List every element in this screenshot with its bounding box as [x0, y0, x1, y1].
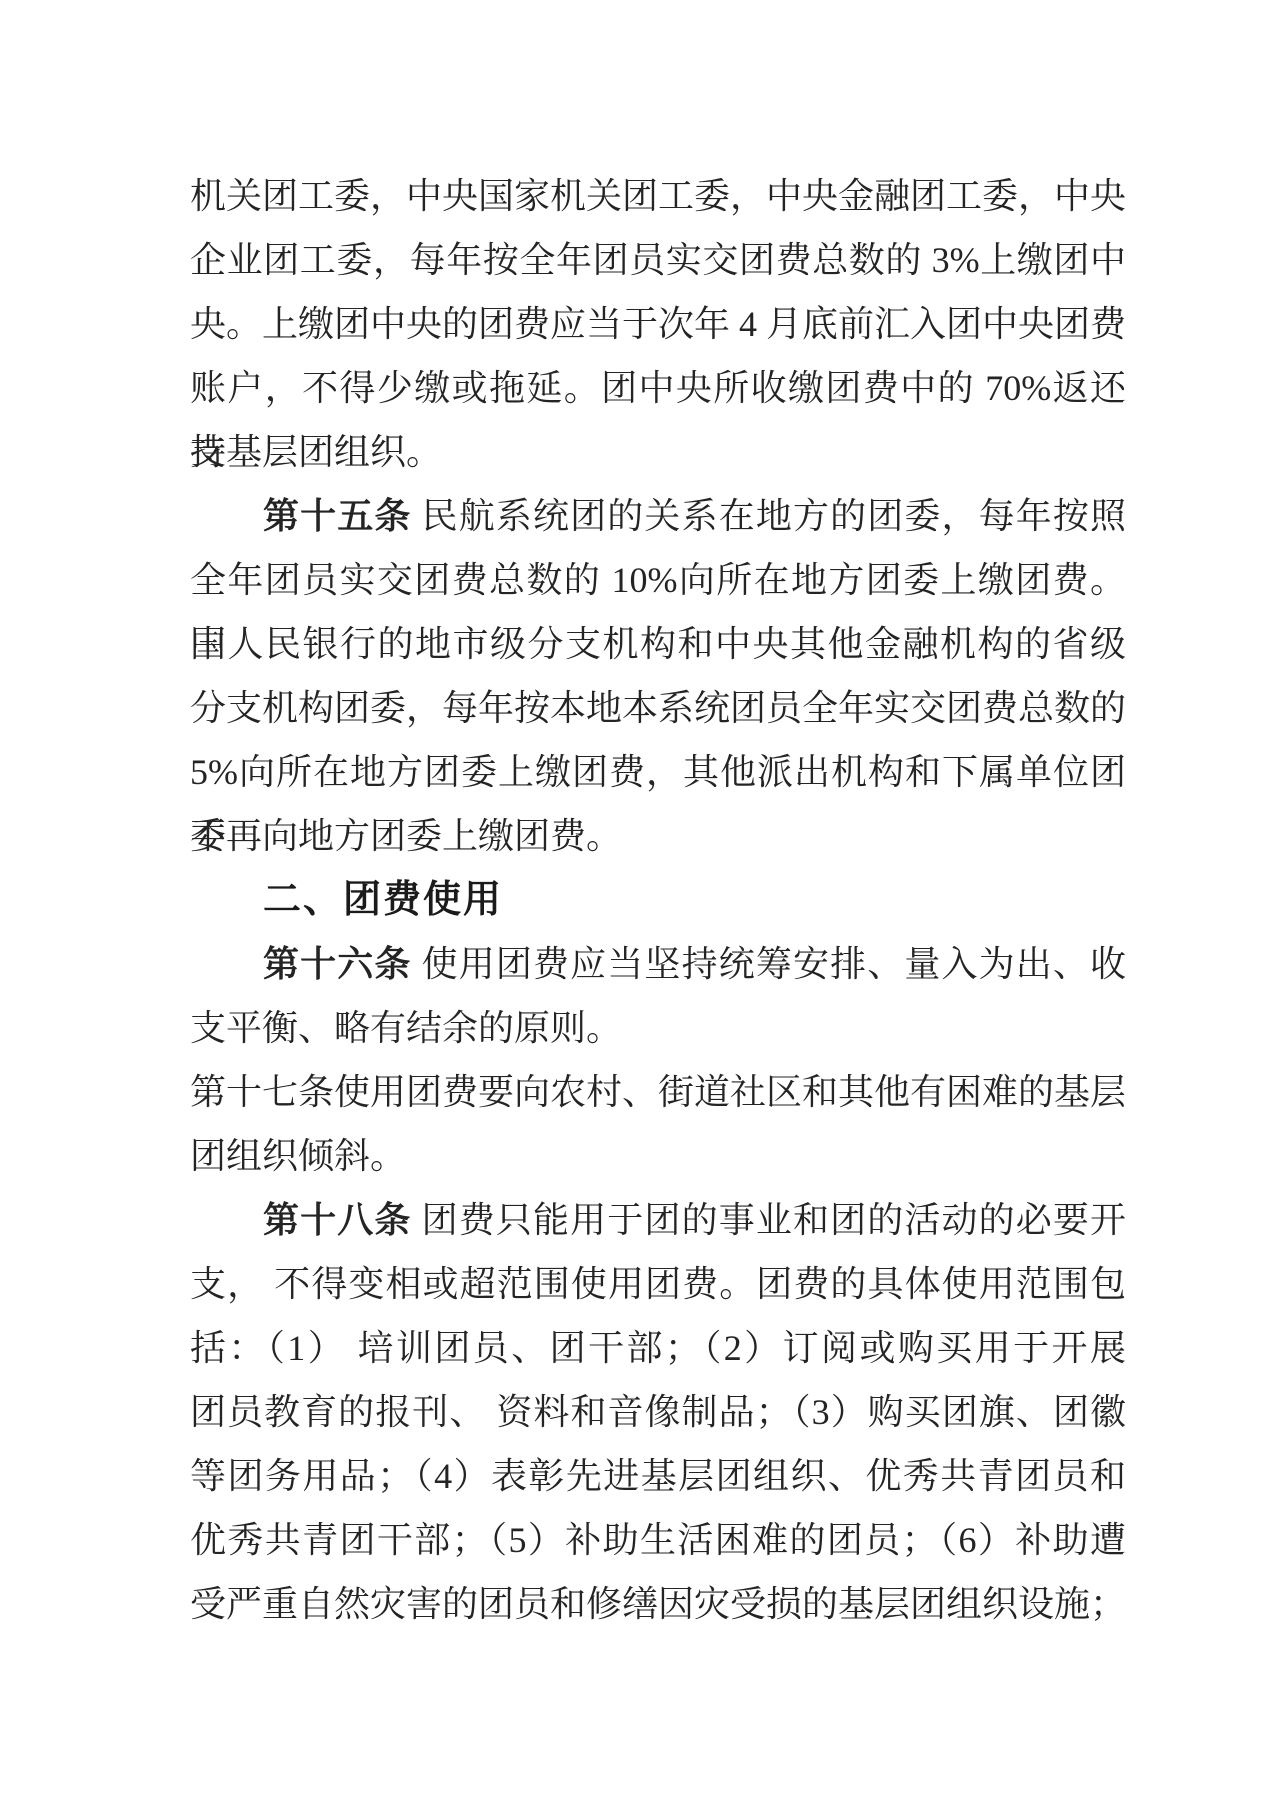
body-text: 括：（1） 培训团员、团干部；（2）订阅或购买用于开展	[190, 1328, 1126, 1368]
text-line: 央。上缴团中央的团费应当于次年 4 月底前汇入团中央团费	[190, 292, 1126, 356]
body-text: 央。上缴团中央的团费应当于次年 4 月底前汇入团中央团费	[190, 304, 1126, 344]
text-line: 支平衡、略有结余的原则。	[190, 996, 1126, 1060]
body-text: 国人民银行的地市级分支机构和中央其他金融机构的省级	[190, 624, 1126, 664]
text-line: 二、团费使用	[190, 868, 1126, 932]
text-line: 持基层团组织。	[190, 420, 1126, 484]
body-text: 团员教育的报刊、 资料和音像制品；（3）购买团旗、团徽	[190, 1392, 1126, 1432]
text-line: 第十五条 民航系统团的关系在地方的团委，每年按照	[190, 484, 1126, 548]
text-line: 第十八条 团费只能用于团的事业和团的活动的必要开	[190, 1188, 1126, 1252]
text-line: 账户，不得少缴或拖延。团中央所收缴团费中的 70%返还支	[190, 356, 1126, 420]
body-text: 民航系统团的关系在地方的团委，每年按照	[412, 496, 1126, 536]
body-text: 分支机构团委，每年按本地本系统团员全年实交团费总数的	[190, 688, 1126, 728]
article-number: 第十六条	[263, 944, 412, 984]
text-line: 第十六条 使用团费应当坚持统筹安排、量入为出、收	[190, 932, 1126, 996]
body-text: 持基层团组织。	[190, 432, 442, 472]
body-text: 不再向地方团委上缴团费。	[190, 816, 622, 856]
text-line: 国人民银行的地市级分支机构和中央其他金融机构的省级	[190, 612, 1126, 676]
text-line: 5%向所在地方团委上缴团费，其他派出机构和下属单位团委	[190, 740, 1126, 804]
text-line: 企业团工委，每年按全年团员实交团费总数的 3%上缴团中	[190, 228, 1126, 292]
text-line: 等团务用品；（4）表彰先进基层团组织、优秀共青团员和	[190, 1444, 1126, 1508]
text-line: 团组织倾斜。	[190, 1124, 1126, 1188]
text-line: 分支机构团委，每年按本地本系统团员全年实交团费总数的	[190, 676, 1126, 740]
body-text: 支平衡、略有结余的原则。	[190, 1008, 622, 1048]
text-line: 团员教育的报刊、 资料和音像制品；（3）购买团旗、团徽	[190, 1380, 1126, 1444]
section-heading: 二、团费使用	[263, 879, 503, 921]
text-line: 支， 不得变相或超范围使用团费。团费的具体使用范围包	[190, 1252, 1126, 1316]
body-text: 企业团工委，每年按全年团员实交团费总数的 3%上缴团中	[190, 240, 1126, 280]
text-line: 受严重自然灾害的团员和修缮因灾受损的基层团组织设施；	[190, 1572, 1126, 1636]
text-line: 全年团员实交团费总数的 10%向所在地方团委上缴团费。中	[190, 548, 1126, 612]
text-line: 不再向地方团委上缴团费。	[190, 804, 1126, 868]
body-text: 团费只能用于团的事业和团的活动的必要开	[412, 1200, 1126, 1240]
body-text: 优秀共青团干部；（5）补助生活困难的团员；（6）补助遭	[190, 1520, 1126, 1560]
body-text: 机关团工委，中央国家机关团工委，中央金融团工委，中央	[190, 176, 1126, 216]
body-text: 受严重自然灾害的团员和修缮因灾受损的基层团组织设施；	[190, 1584, 1126, 1624]
body-text: 使用团费应当坚持统筹安排、量入为出、收	[412, 944, 1126, 984]
body-text: 第十七条使用团费要向农村、街道社区和其他有困难的基层	[190, 1072, 1126, 1112]
text-line: 括：（1） 培训团员、团干部；（2）订阅或购买用于开展	[190, 1316, 1126, 1380]
text-block: 机关团工委，中央国家机关团工委，中央金融团工委，中央企业团工委，每年按全年团员实…	[190, 164, 1126, 1636]
article-number: 第十八条	[263, 1200, 412, 1240]
body-text: 等团务用品；（4）表彰先进基层团组织、优秀共青团员和	[190, 1456, 1126, 1496]
article-number: 第十五条	[263, 496, 412, 536]
text-line: 第十七条使用团费要向农村、街道社区和其他有困难的基层	[190, 1060, 1126, 1124]
document-page: 机关团工委，中央国家机关团工委，中央金融团工委，中央企业团工委，每年按全年团员实…	[0, 0, 1279, 1810]
body-text: 支， 不得变相或超范围使用团费。团费的具体使用范围包	[190, 1264, 1126, 1304]
body-text: 团组织倾斜。	[190, 1136, 406, 1176]
text-line: 优秀共青团干部；（5）补助生活困难的团员；（6）补助遭	[190, 1508, 1126, 1572]
text-line: 机关团工委，中央国家机关团工委，中央金融团工委，中央	[190, 164, 1126, 228]
